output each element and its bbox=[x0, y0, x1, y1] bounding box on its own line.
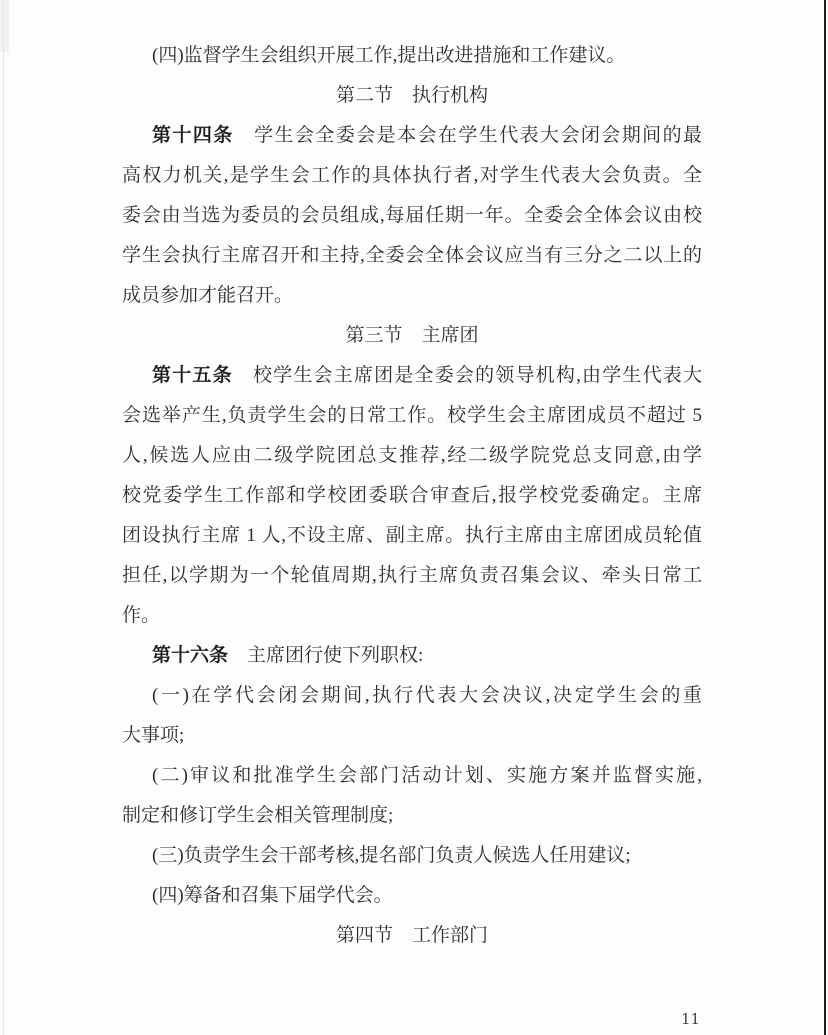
scan-right-edge-line bbox=[824, 0, 826, 1035]
page-number: 11 bbox=[681, 1010, 700, 1028]
article-14-term: 第十四条 bbox=[152, 125, 234, 146]
article-15-line: 校党委学生工作部和学校团委联合审查后,报学校党委确定。主席 bbox=[122, 476, 702, 516]
article-15-line: 人,候选人应由二级学院团总支推荐,经二级学院党总支同意,由学 bbox=[122, 436, 702, 476]
list-item-line: (三)负责学生会干部考核,提名部门负责人候选人任用建议; bbox=[122, 836, 702, 876]
article-15-line: 会选举产生,负责学生会的日常工作。校学生会主席团成员不超过 5 bbox=[122, 396, 702, 436]
article-16-line: 第十六条 主席团行使下列职权: bbox=[122, 636, 702, 676]
article-14-text: 学生会全委会是本会在学生代表大会闭会期间的最 bbox=[234, 125, 702, 146]
article-15-text: 校学生会主席团是全委会的领导机构,由学生代表大 bbox=[233, 365, 702, 386]
document-page-body: (四)监督学生会组织开展工作,提出改进措施和工作建议。 第二节 执行机构 第十四… bbox=[122, 36, 702, 956]
article-15-line: 作。 bbox=[122, 596, 702, 636]
list-item-line: (二)审议和批准学生会部门活动计划、实施方案并监督实施, bbox=[122, 756, 702, 796]
list-item-line: 大事项; bbox=[122, 716, 702, 756]
article-14-line: 成员参加才能召开。 bbox=[122, 276, 702, 316]
list-item-line: 制定和修订学生会相关管理制度; bbox=[122, 796, 702, 836]
article-15-line: 第十五条 校学生会主席团是全委会的领导机构,由学生代表大 bbox=[122, 356, 702, 396]
article-15-term: 第十五条 bbox=[152, 365, 233, 386]
article-14-line: 第十四条 学生会全委会是本会在学生代表大会闭会期间的最 bbox=[122, 116, 702, 156]
list-item-line: (四)监督学生会组织开展工作,提出改进措施和工作建议。 bbox=[122, 36, 702, 76]
scan-corner-artifact bbox=[0, 0, 9, 52]
article-16-term: 第十六条 bbox=[152, 645, 228, 666]
section-4-heading: 第四节 工作部门 bbox=[122, 916, 702, 956]
scan-left-edge-line bbox=[3, 0, 4, 1035]
article-15-line: 担任,以学期为一个轮值周期,执行主席负责召集会议、牵头日常工 bbox=[122, 556, 702, 596]
section-2-heading: 第二节 执行机构 bbox=[122, 76, 702, 116]
list-item-line: (四)筹备和召集下届学代会。 bbox=[122, 876, 702, 916]
article-14-line: 委会由当选为委员的会员组成,每届任期一年。全委会全体会议由校 bbox=[122, 196, 702, 236]
section-3-heading: 第三节 主席团 bbox=[122, 316, 702, 356]
article-15-line: 团设执行主席 1 人,不设主席、副主席。执行主席由主席团成员轮值 bbox=[122, 516, 702, 556]
article-14-line: 学生会执行主席召开和主持,全委会全体会议应当有三分之二以上的 bbox=[122, 236, 702, 276]
list-item-line: (一)在学代会闭会期间,执行代表大会决议,决定学生会的重 bbox=[122, 676, 702, 716]
article-16-text: 主席团行使下列职权: bbox=[228, 645, 423, 666]
article-14-line: 高权力机关,是学生会工作的具体执行者,对学生代表大会负责。全 bbox=[122, 156, 702, 196]
